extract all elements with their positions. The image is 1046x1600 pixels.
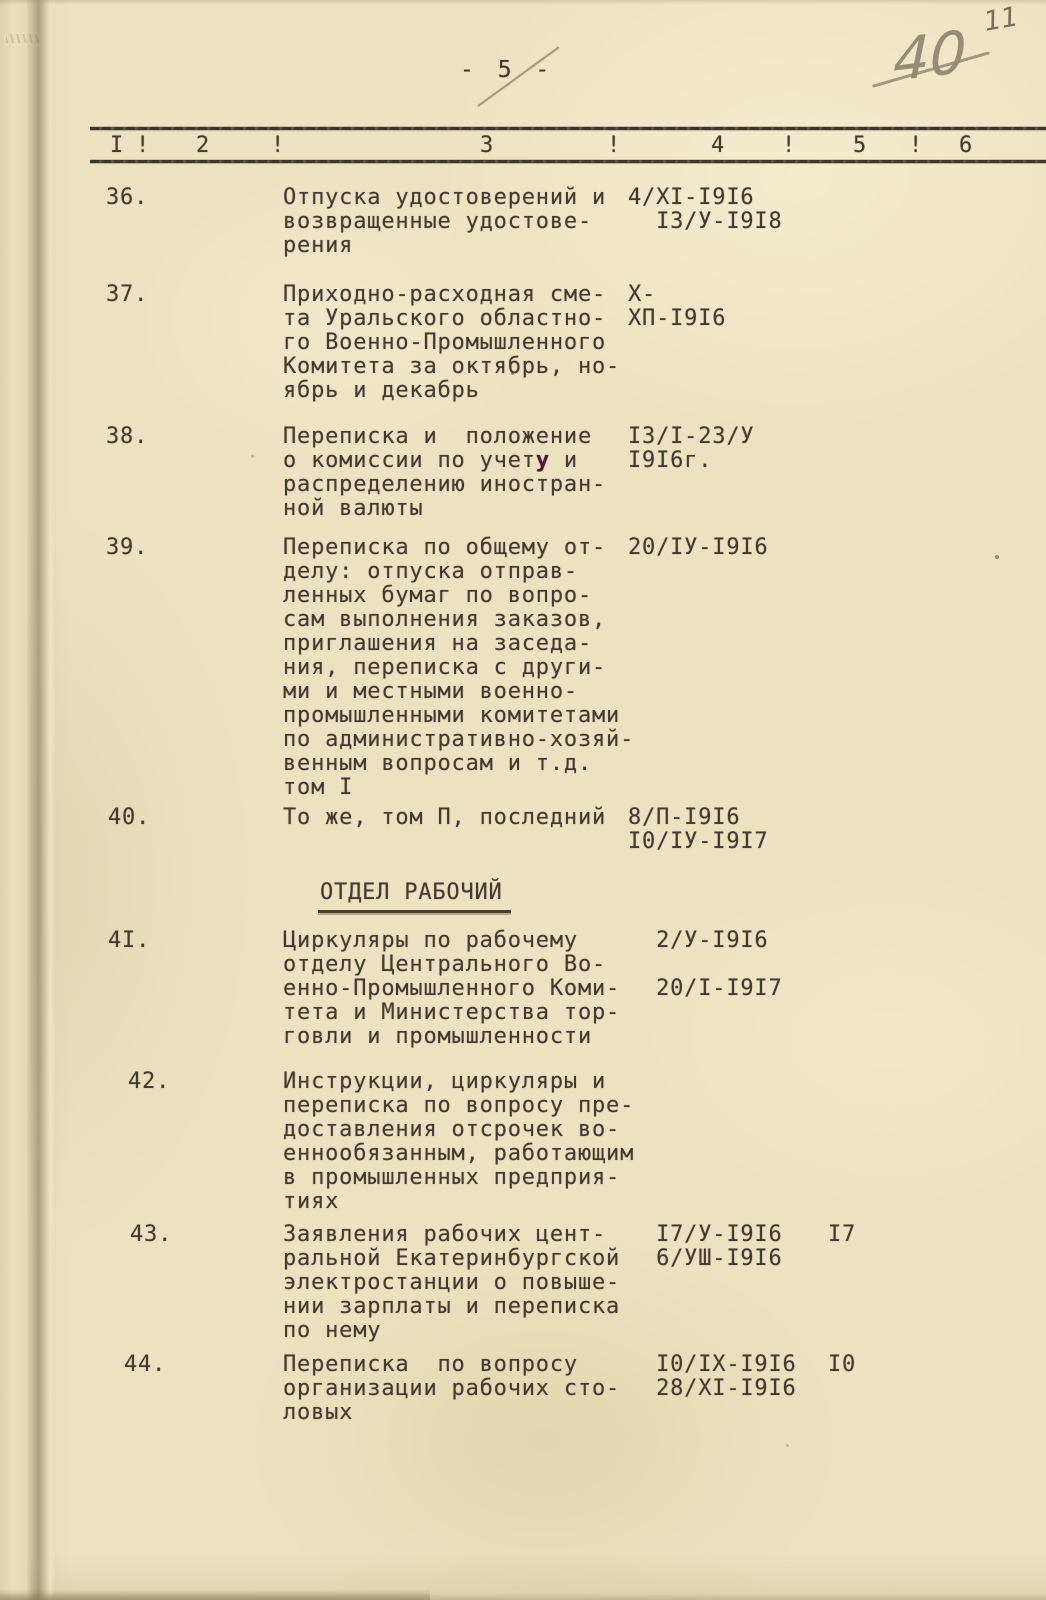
section-heading: ОТДЕЛ РАБОЧИЙ <box>318 881 511 913</box>
entry-number: 44. <box>124 1353 166 1377</box>
page-top-edge-shadow <box>0 0 1046 5</box>
entry-description: Переписка по вопросу организации рабочих… <box>283 1353 653 1425</box>
entry-number: 43. <box>130 1223 172 1247</box>
faint-pencil-marks <box>6 34 40 43</box>
entry-description: Заявления рабочих цент- ральной Екатерин… <box>283 1223 653 1343</box>
table-rule-top <box>90 127 1046 130</box>
entry-sheet-count: I0 <box>828 1353 908 1377</box>
column-header-1: I <box>110 134 124 158</box>
column-separator: ! <box>909 134 923 158</box>
entry-number: 42. <box>128 1070 170 1094</box>
entry-description: То же, том П, последний <box>283 806 653 830</box>
column-header-4: 4 <box>711 134 725 158</box>
entry-dates: 8/П-I9I6 I0/IУ-I9I7 <box>628 806 858 854</box>
column-separator: ! <box>607 134 621 158</box>
overstruck-letter: у <box>536 448 550 473</box>
entry-dates: I7/У-I9I6 6/УШ-I9I6 <box>628 1223 858 1271</box>
table-rule-bottom <box>90 160 1046 163</box>
handwritten-archive-number: 40 <box>893 17 967 95</box>
entry-number: 36. <box>106 186 148 210</box>
entry-dates: 2/У-I9I6 20/I-I9I7 <box>628 929 858 1001</box>
entry-number: 40. <box>108 806 150 830</box>
column-separator: ! <box>271 134 285 158</box>
column-separator: ! <box>136 134 150 158</box>
entry-dates: 4/ХI-I9I6 I3/У-I9I8 <box>628 186 858 234</box>
entry-description: Переписка по общему от- делу: отпуска от… <box>283 536 653 800</box>
column-header-3: 3 <box>480 134 494 158</box>
page-bottom-edge <box>0 1593 1046 1600</box>
entry-dates: Х- ХП-I9I6 <box>628 283 858 331</box>
entry-sheet-count: I7 <box>828 1223 908 1247</box>
underlying-page-edge <box>0 0 30 1600</box>
entry-dates: I0/IХ-I9I6 28/ХI-I9I6 <box>628 1353 858 1401</box>
entry-description: Приходно-расходная сме- та Уральского об… <box>283 283 653 403</box>
entry-dates: 20/IУ-I9I6 <box>628 536 858 560</box>
paper-speck <box>995 555 999 559</box>
paper-speck <box>251 455 254 458</box>
page-fold-crease <box>27 0 55 1600</box>
column-header-2: 2 <box>196 134 210 158</box>
entry-description: Инструкции, циркуляры и переписка по воп… <box>283 1070 653 1214</box>
entry-description: Переписка и положение о комиссии по учет… <box>283 425 653 521</box>
column-header-5: 5 <box>853 134 867 158</box>
entry-number: 4I. <box>108 929 150 953</box>
handwritten-sheet-number: 11 <box>982 1 1021 37</box>
entry-description: Циркуляры по рабочему отделу Центральног… <box>283 929 653 1049</box>
entry-dates: I3/I-23/У I9I6г. <box>628 425 858 473</box>
entry-number: 38. <box>106 425 148 449</box>
column-header-6: 6 <box>959 134 973 158</box>
entry-number: 37. <box>106 283 148 307</box>
scanned-archival-inventory-page: - 5 - 11 40 I ! 2 ! 3 ! 4 ! 5 ! 6 36. От… <box>0 0 1046 1600</box>
entry-description: Отпуска удостоверений и возвращенные удо… <box>283 186 653 258</box>
entry-number: 39. <box>106 536 148 560</box>
column-separator: ! <box>782 134 796 158</box>
paper-speck <box>786 1444 789 1447</box>
